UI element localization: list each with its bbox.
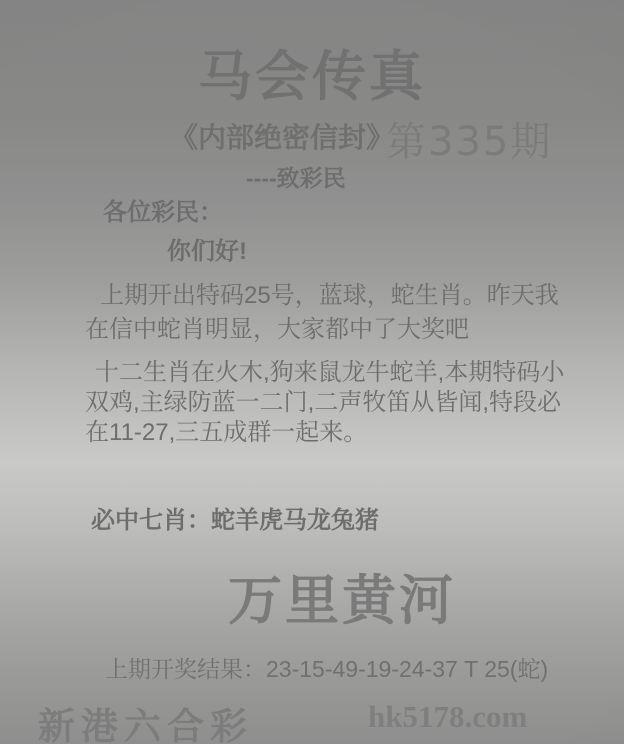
paragraph-last-draw: 上期开出特码25号，蓝球，蛇生肖。昨天我 在信中蛇肖明显，大家都中了大奖吧 (85, 279, 559, 347)
seven-zodiac-line: 必中七肖：蛇羊虎马龙兔猪 (91, 500, 379, 535)
paragraph-tips-line-2: 双鸡,主绿防蓝一二门,二声牧笛从皆闻,特段必 (85, 388, 564, 418)
paragraph-last-draw-line-2: 在信中蛇肖明显，大家都中了大奖吧 (85, 313, 559, 347)
greeting: 你们好! (167, 231, 247, 266)
envelope-label: 《内部绝密信封》 (170, 116, 394, 156)
paragraph-last-draw-line-1: 上期开出特码25号，蓝球，蛇生肖。昨天我 (85, 279, 559, 313)
issue-number: 第335期 (386, 110, 552, 167)
brand-name: 新港六合彩 (38, 696, 253, 744)
salutation: 各位彩民： (103, 192, 223, 227)
page-title: 马会传真 (0, 34, 624, 111)
paragraph-tips-line-1: 十二生肖在火木,狗来鼠龙牛蛇羊,本期特码小 (85, 358, 564, 388)
paragraph-tips: 十二生肖在火木,狗来鼠龙牛蛇羊,本期特码小 双鸡,主绿防蓝一二门,二声牧笛从皆闻… (85, 358, 564, 448)
lottery-fax-flyer: 马会传真 《内部绝密信封》 第335期 ----致彩民 各位彩民： 你们好! 上… (0, 0, 624, 744)
last-draw-result: 上期开奖结果：23-15-49-19-24-37 T 25(蛇) (105, 651, 548, 684)
website-url: hk5178.com (368, 699, 527, 735)
dedication-line: ----致彩民 (246, 160, 346, 193)
paragraph-tips-line-3: 在11-27,三五成群一起来。 (85, 418, 564, 448)
slogan: 万里黄河 (228, 558, 456, 635)
